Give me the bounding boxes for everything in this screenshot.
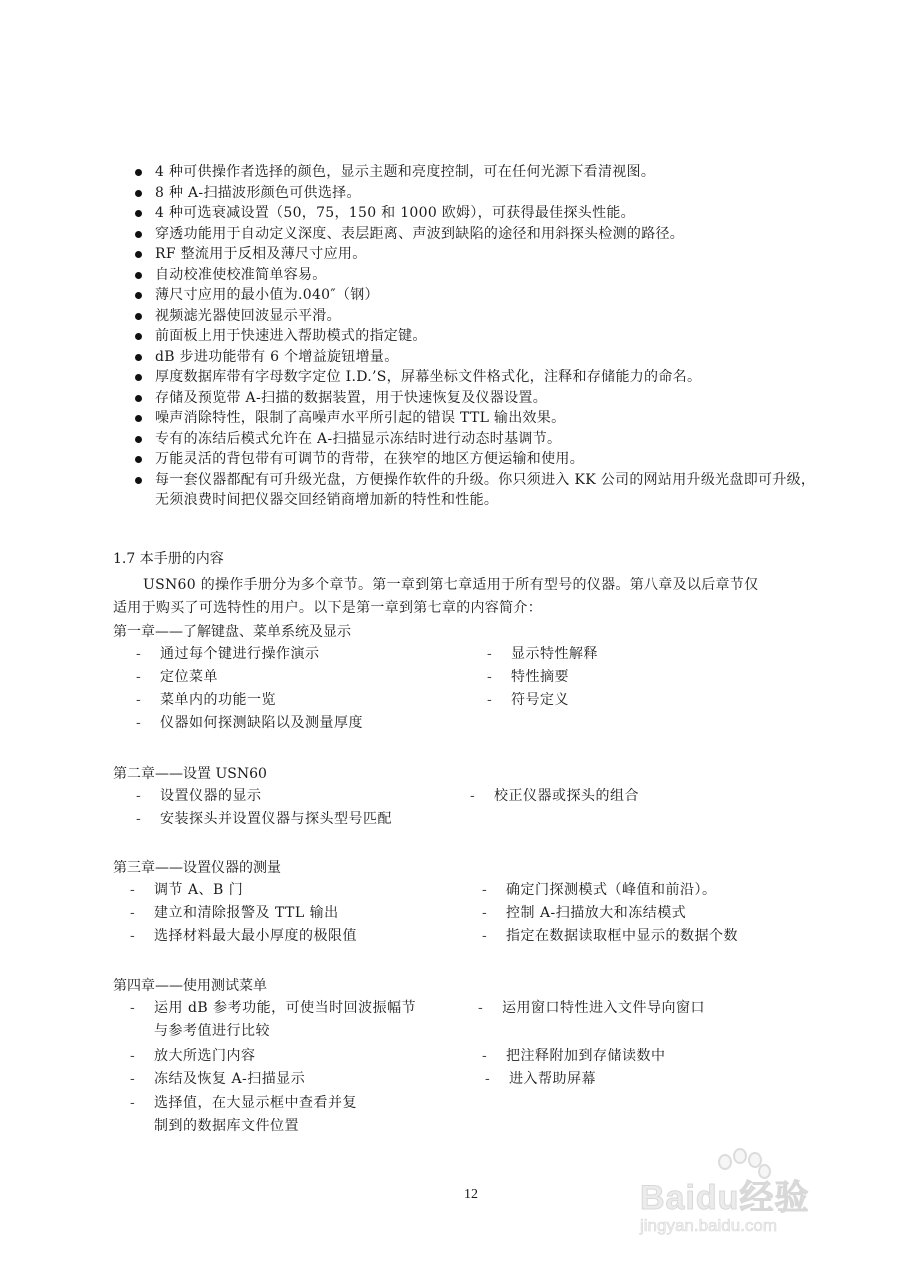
chapter-2-item: -安装探头并设置仪器与探头型号匹配 [136, 808, 392, 831]
chapter-3-item: -调节 A、B 门 [130, 879, 243, 902]
feature-item: 万能灵活的背包带有可调节的背带，在狭窄的地区方便运输和使用。 [131, 449, 821, 470]
bullet-icon [135, 313, 142, 320]
watermark-url: jingyan.baidu.com [640, 1216, 777, 1236]
page-number: 12 [464, 1187, 478, 1203]
bullet-icon [135, 456, 142, 463]
feature-item: dB 步进功能带有 6 个增益旋钮增量。 [131, 347, 821, 368]
bullet-icon [135, 251, 142, 258]
chapter-1-item: -显示特性解释 [487, 643, 598, 666]
feature-item: 薄尺寸应用的最小值为.040″（钢） [131, 285, 821, 306]
feature-item: 存储及预览带 A-扫描的数据装置，用于快速恢复及仪器设置。 [131, 388, 821, 409]
feature-item: 噪声消除特性，限制了高噪声水平所引起的错误 TTL 输出效果。 [131, 408, 821, 429]
chapter-3-item: -确定门探测模式（峰值和前沿）。 [482, 879, 717, 902]
feature-item: 厚度数据库带有字母数字定位 I.D.’S，屏幕坐标文件格式化，注释和存储能力的命… [131, 367, 821, 388]
bullet-icon [135, 210, 142, 217]
bullet-icon [135, 231, 142, 238]
chapter-4-item: -选择值，在大显示框中查看并复制到的数据库文件位置 [130, 1092, 357, 1138]
feature-item: 自动校准使校准简单容易。 [131, 265, 821, 286]
bullet-icon [135, 190, 142, 197]
feature-item: 每一套仪器都配有可升级光盘，方便操作软件的升级。你只须进入 KK 公司的网站用升… [131, 470, 821, 511]
bullet-icon [135, 395, 142, 402]
chapter-4-item: -放大所选门内容 [130, 1045, 256, 1068]
section-intro: USN60 的操作手册分为多个章节。第一章到第七章适用于所有型号的仪器。第八章及… [113, 574, 813, 620]
chapter-1-item: -定位菜单 [136, 666, 218, 689]
bullet-icon [135, 354, 142, 361]
watermark-logo: Baidu经验 [640, 1170, 809, 1219]
chapter-1-item: -特性摘要 [487, 666, 569, 689]
bullet-icon [135, 292, 142, 299]
chapter-1-item: -符号定义 [487, 689, 569, 712]
feature-item: 视频滤光器使回波显示平滑。 [131, 306, 821, 327]
feature-item: 8 种 A-扫描波形颜色可供选择。 [131, 183, 821, 204]
chapter-3-title: 第三章——设置仪器的测量 [113, 856, 281, 880]
bullet-icon [135, 374, 142, 381]
feature-item: 前面板上用于快速进入帮助模式的指定键。 [131, 326, 821, 347]
paw-icon [718, 1154, 732, 1170]
chapter-2-title: 第二章——设置 USN60 [113, 762, 267, 786]
chapter-4-item: -冻结及恢复 A-扫描显示 [130, 1068, 305, 1091]
section-heading: 1.7 本手册的内容 [113, 548, 224, 568]
chapter-2-item: -设置仪器的显示 [136, 785, 262, 808]
bullet-icon [135, 169, 142, 176]
chapter-3-item: -建立和清除报警及 TTL 输出 [130, 902, 339, 925]
document-page: 4 种可供操作者选择的颜色，显示主题和亮度控制，可在任何光源下看清视图。 8 种… [0, 0, 904, 1280]
chapter-3-item: -指定在数据读取框中显示的数据个数 [482, 925, 738, 948]
chapter-2-item: -校正仪器或探头的组合 [470, 785, 639, 808]
chapter-4-item: -运用窗口特性进入文件导向窗口 [478, 997, 705, 1020]
chapter-4-title: 第四章——使用测试菜单 [113, 974, 267, 998]
feature-item: RF 整流用于反相及薄尺寸应用。 [131, 244, 821, 265]
feature-item: 4 种可选衰减设置（50，75，150 和 1000 欧姆），可获得最佳探头性能… [131, 203, 821, 224]
feature-item: 4 种可供操作者选择的颜色，显示主题和亮度控制，可在任何光源下看清视图。 [131, 162, 821, 183]
intro-paragraph-line1: USN60 的操作手册分为多个章节。第一章到第七章适用于所有型号的仪器。第八章及… [113, 574, 813, 597]
chapter-1-item: -仪器如何探测缺陷以及测量厚度 [136, 712, 363, 735]
feature-list: 4 种可供操作者选择的颜色，显示主题和亮度控制，可在任何光源下看清视图。 8 种… [131, 162, 821, 511]
chapter-4-item: -运用 dB 参考功能，可使当时回波振幅节与参考值进行比较 [130, 997, 416, 1043]
chapter-3-item: -控制 A-扫描放大和冻结模式 [482, 902, 686, 925]
feature-item: 专有的冻结后模式允许在 A-扫描显示冻结时进行动态时基调节。 [131, 429, 821, 450]
chapter-4-item: -进入帮助屏幕 [485, 1068, 596, 1091]
bullet-icon [135, 415, 142, 422]
chapter-4-item: -把注释附加到存储读数中 [482, 1045, 666, 1068]
bullet-icon [135, 477, 142, 484]
baidu-watermark: Baidu经验 jingyan.baidu.com [640, 1150, 820, 1250]
paw-icon [733, 1148, 747, 1164]
feature-item: 穿透功能用于自动定义深度、表层距离、声波到缺陷的途径和用斜探头检测的路径。 [131, 224, 821, 245]
chapter-1-item: -菜单内的功能一览 [136, 689, 276, 712]
chapter-1-title: 第一章——了解键盘、菜单系统及显示 [113, 620, 351, 644]
bullet-icon [135, 333, 142, 340]
intro-paragraph-line2: 适用于购买了可选特性的用户。以下是第一章到第七章的内容简介： [113, 597, 813, 620]
bullet-icon [135, 436, 142, 443]
chapter-3-item: -选择材料最大最小厚度的极限值 [130, 925, 357, 948]
bullet-icon [135, 272, 142, 279]
chapter-1-item: -通过每个键进行操作演示 [136, 643, 320, 666]
